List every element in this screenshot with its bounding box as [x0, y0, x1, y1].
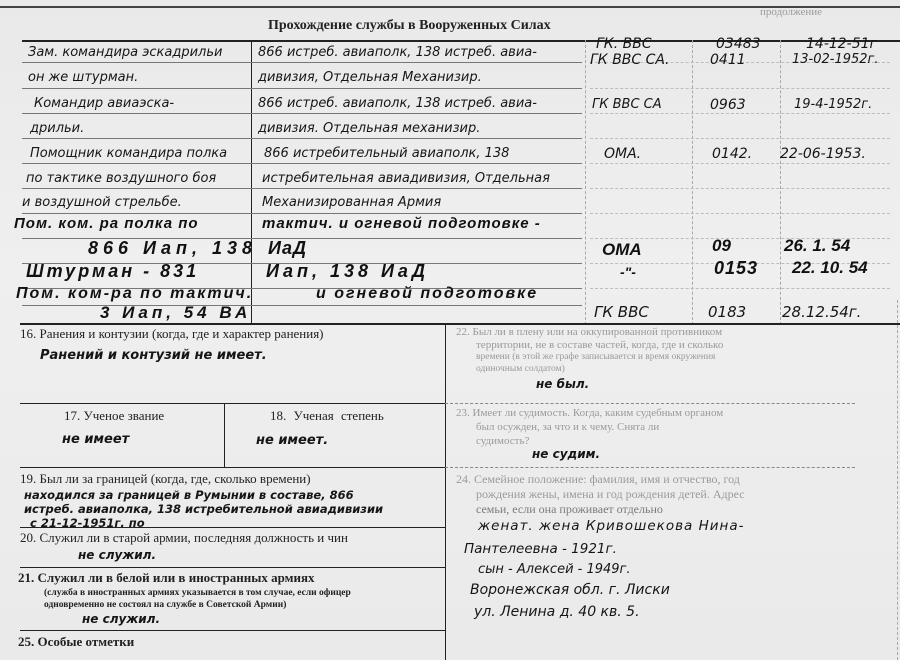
row-10-position: Штурман - 831 [26, 261, 199, 282]
col-divider-1 [251, 40, 252, 325]
section-18-value: не имеет. [256, 433, 328, 448]
section-20-value: не служил. [78, 548, 156, 562]
row-10-order-by: -"- [620, 264, 636, 280]
section-24-value-line-2: Пантелеевна - 1921г. [464, 541, 617, 557]
row-10-unit: Иап, 138 ИаД [266, 261, 429, 282]
row-6-position: по тактике воздушного боя [26, 171, 216, 186]
right-border [897, 300, 898, 660]
row-7-position: и воздушной стрельбе. [22, 195, 182, 210]
section-24-value-line-3: сын - Алексей - 1949г. [478, 562, 631, 577]
row-9-date: 26. 1. 54 [784, 236, 850, 256]
row-12-order-by: ГК ВВС [594, 303, 649, 321]
row-4-position: дрильи. [30, 121, 84, 136]
row-2-position: он же штурман. [28, 70, 138, 85]
divider-17-18 [224, 403, 225, 467]
col-divider-4 [780, 40, 781, 325]
section-16-label: 16. Ранения и контузии (когда, где и хар… [20, 326, 324, 342]
section-19-value-line-1: находился за границей в Румынии в состав… [24, 488, 354, 502]
section-top-rule [20, 323, 900, 325]
section-20-label: 20. Служил ли в старой армии, последняя … [20, 530, 348, 546]
row-5-order-by: ОМА. [604, 146, 641, 162]
col-divider-3 [692, 40, 693, 325]
section-22-label-line-1: 22. Был ли в плену или на оккупированной… [456, 326, 722, 339]
divider-18 [20, 467, 445, 468]
section-23-label-line-2: был осужден, за что и к чему. Снята ли [476, 421, 659, 433]
row-12-position: 3 Иап, 54 ВА [100, 303, 251, 323]
row-9-order-no: 09 [712, 236, 731, 256]
service-record-page: Прохождение службы в Вооруженных Силах п… [0, 0, 900, 660]
row-1-order-no: 03483 [716, 36, 761, 52]
lower-center-divider [445, 323, 446, 660]
row-2-order-no: 0411 [710, 52, 746, 68]
row-7-unit: Механизированная Армия [262, 195, 441, 210]
row-1-date: 14-12-51г [806, 36, 877, 52]
divider-19 [20, 527, 445, 528]
section-23-label-line-3: судимость? [476, 435, 529, 447]
col-divider-2 [585, 40, 586, 325]
row-5-unit: 866 истребительный авиаполк, 138 [264, 146, 509, 161]
row-12-order-no: 0183 [708, 303, 746, 321]
section-22-label-line-4: одиночным солдатом) [476, 364, 565, 374]
section-24-value-line-4: Воронежская обл. г. Лиски [470, 582, 670, 598]
row-9-unit: ИаД [268, 238, 307, 259]
section-24-label-line-2: рождения жены, имена и год рождения дете… [476, 487, 745, 502]
row-9-position: 866 Иап, 138 [88, 238, 257, 259]
section-16-value: Ранений и контузий не имеет. [40, 348, 267, 363]
row-2-order-by: ГК ВВС СА. [590, 52, 669, 68]
section-21-value: не служил. [82, 612, 160, 626]
section-19-label: 19. Был ли за границей (когда, где, скол… [20, 471, 311, 487]
divider-22 [445, 403, 855, 404]
continuation-label: продолжение [760, 6, 822, 18]
row-9-order-by: ОМА [602, 240, 642, 260]
row-5-date: 22-06-1953. [780, 146, 866, 162]
row-3-order-no: 0963 [710, 97, 746, 113]
table-top-rule [22, 40, 900, 42]
row-11-unit: и огневой подготовке [316, 285, 538, 303]
section-24-value-line-1: женат. жена Кривошекова Нина- [478, 518, 745, 534]
section-23-value: не судим. [532, 447, 600, 461]
row-3-position: Командир авиаэска- [34, 96, 174, 111]
section-18-label: 18. Ученая степень [270, 408, 384, 424]
row-1-order-by: ГК. ВВС [596, 36, 652, 52]
section-23-label-line-1: 23. Имеет ли судимость. Когда, каким суд… [456, 407, 723, 419]
divider-16 [20, 403, 445, 404]
divider-20 [20, 567, 445, 568]
divider-23 [445, 467, 855, 468]
section-24-label-line-1: 24. Семейное положение: фамилия, имя и о… [456, 472, 740, 487]
row-3-order-by: ГК ВВС СА [592, 97, 662, 112]
row-5-order-no: 0142. [712, 146, 752, 162]
row-10-date: 22. 10. 54 [792, 258, 868, 278]
row-2-unit: дивизия, Отдельная Механизир. [258, 70, 482, 85]
section-21-note-line-1: (служба в иностранных армиях указывается… [44, 588, 351, 598]
row-4-unit: дивизия. Отдельная механизир. [258, 121, 480, 136]
row-5-position: Помощник командира полка [30, 146, 227, 161]
row-1-unit: 866 истреб. авиаполк, 138 истреб. авиа- [258, 45, 537, 60]
section-22-value: не был. [536, 377, 589, 391]
row-10-order-no: 0153 [714, 258, 758, 279]
section-22-label-line-2: территории, не в составе частей, когда, … [476, 339, 723, 351]
section-17-value: не имеет [62, 432, 129, 447]
section-25-label: 25. Особые отметки [18, 634, 134, 650]
section-21-note-line-2: одновременно не состоял на службе в Сове… [44, 600, 286, 610]
row-6-unit: истребительная авиадивизия, Отдельная [262, 171, 550, 186]
section-19-value-line-2: истреб. авиаполка, 138 истребительной ав… [24, 502, 383, 516]
section-21-label: 21. Служил ли в белой или в иностранных … [18, 570, 315, 586]
row-11-position: Пом. ком-ра по тактич. [16, 285, 253, 303]
divider-21 [20, 630, 445, 631]
row-1-position: Зам. командира эскадрильи [28, 45, 222, 60]
row-2-date: 13-02-1952г. [792, 52, 879, 67]
row-8-unit: тактич. и огневой подготовке - [262, 215, 541, 232]
section-22-label-line-3: времени (в этой же графе записывается и … [476, 352, 715, 362]
page-title: Прохождение службы в Вооруженных Силах [268, 18, 551, 34]
row-3-unit: 866 истреб. авиаполк, 138 истреб. авиа- [258, 96, 537, 111]
section-24-value-line-5: ул. Ленина д. 40 кв. 5. [474, 604, 640, 620]
section-24-label-line-3: семьи, если она проживает отдельно [476, 502, 663, 517]
section-17-label: 17. Ученое звание [64, 408, 164, 424]
row-12-date: 28.12.54г. [782, 303, 861, 321]
row-8-position: Пом. ком. ра полка по [14, 215, 199, 232]
row-3-date: 19-4-1952г. [794, 97, 872, 112]
